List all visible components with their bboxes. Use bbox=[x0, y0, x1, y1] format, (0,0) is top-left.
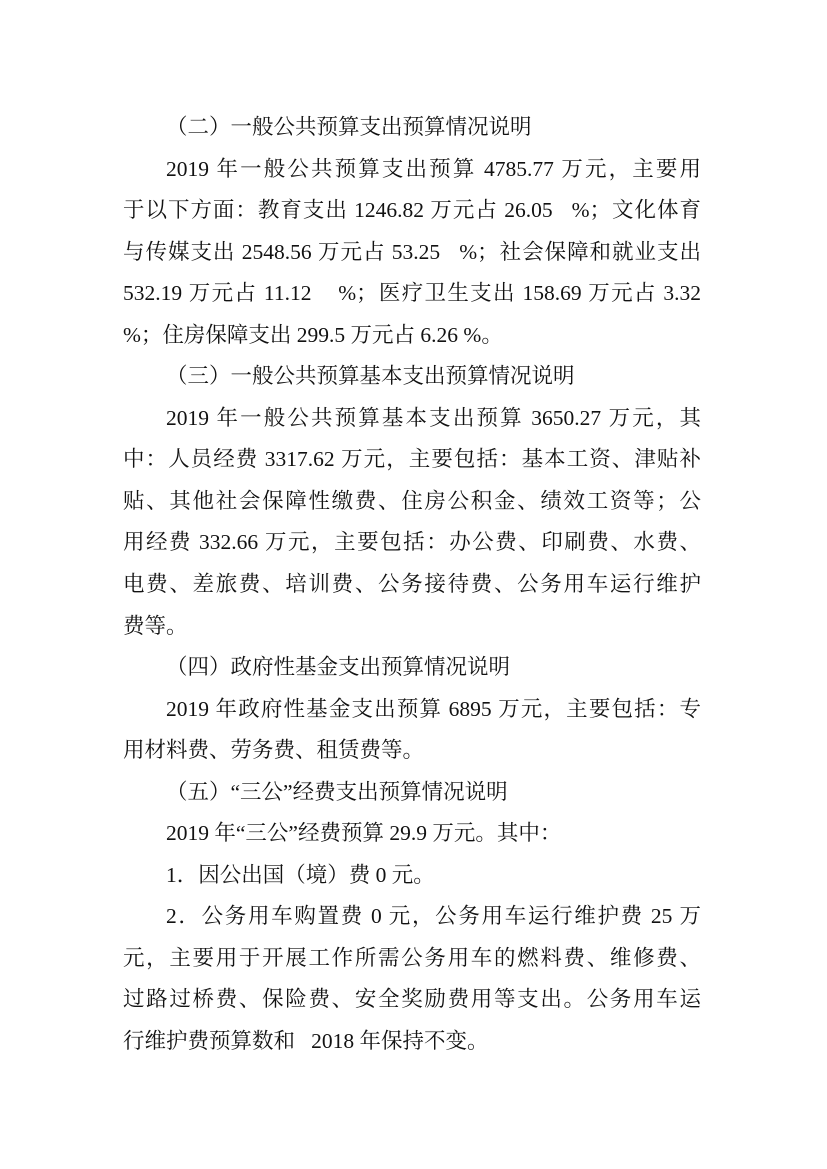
text-line: %；住房保障支出 299.5 万元占 6.26 %。 bbox=[123, 315, 701, 357]
text-line: 元，主要用于开展工作所需公务用车的燃料费、维修费、 bbox=[123, 938, 701, 980]
text-line: 中：人员经费 3317.62 万元，主要包括：基本工资、津贴补 bbox=[123, 439, 701, 481]
text-line: 费等。 bbox=[123, 606, 701, 648]
text-line: 于以下方面：教育支出 1246.82 万元占 26.05 %；文化体育 bbox=[123, 190, 701, 232]
section-heading-line: （四）政府性基金支出预算情况说明 bbox=[123, 647, 701, 689]
text-line: 电费、差旅费、培训费、公务接待费、公务用车运行维护 bbox=[123, 564, 701, 606]
section-heading-line: （三）一般公共预算基本支出预算情况说明 bbox=[123, 356, 701, 398]
text-line: 用材料费、劳务费、租赁费等。 bbox=[123, 730, 701, 772]
text-line: 过路过桥费、保险费、安全奖励费用等支出。公务用车运 bbox=[123, 979, 701, 1021]
section-heading-line: （五）“三公”经费支出预算情况说明 bbox=[123, 772, 701, 814]
text-line: 行维护费预算数和 2018 年保持不变。 bbox=[123, 1021, 701, 1063]
text-line: 2019 年政府性基金支出预算 6895 万元，主要包括：专 bbox=[123, 689, 701, 731]
text-line: 2019 年“三公”经费预算 29.9 万元。其中： bbox=[123, 813, 701, 855]
section-heading-line: （二）一般公共预算支出预算情况说明 bbox=[123, 107, 701, 149]
text-line: 2．公务用车购置费 0 元，公务用车运行维护费 25 万 bbox=[123, 896, 701, 938]
text-line: 贴、其他社会保障性缴费、住房公积金、绩效工资等；公 bbox=[123, 481, 701, 523]
text-line: 2019 年一般公共预算基本支出预算 3650.27 万元，其 bbox=[123, 398, 701, 440]
text-line: 1．因公出国（境）费 0 元。 bbox=[123, 855, 701, 897]
text-line: 2019 年一般公共预算支出预算 4785.77 万元，主要用 bbox=[123, 149, 701, 191]
document-page: （二）一般公共预算支出预算情况说明2019 年一般公共预算支出预算 4785.7… bbox=[0, 0, 827, 1169]
document-body: （二）一般公共预算支出预算情况说明2019 年一般公共预算支出预算 4785.7… bbox=[123, 107, 701, 1063]
text-line: 用经费 332.66 万元，主要包括：办公费、印刷费、水费、 bbox=[123, 522, 701, 564]
text-line: 与传媒支出 2548.56 万元占 53.25 %；社会保障和就业支出 bbox=[123, 232, 701, 274]
text-line: 532.19 万元占 11.12 %；医疗卫生支出 158.69 万元占 3.3… bbox=[123, 273, 701, 315]
